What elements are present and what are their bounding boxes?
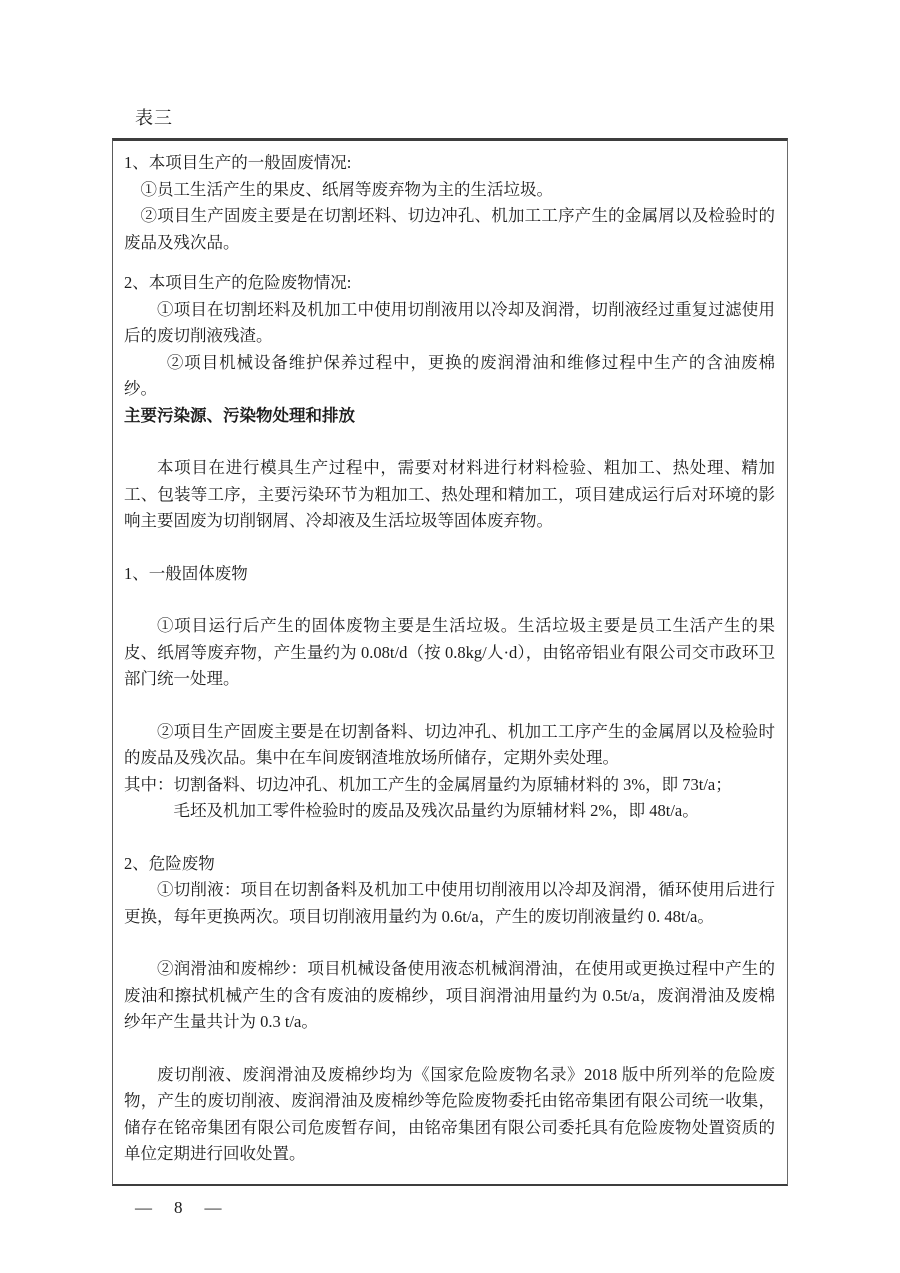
paragraph-lubricant-cotton: ②润滑油和废棉纱：项目机械设备使用液态机械润滑油，在使用或更换过程中产生的废油和…: [124, 956, 775, 1036]
page-footer: — 8 —: [135, 1198, 222, 1218]
paragraph-defective-detail: 毛坯及机加工零件检验时的废品及残次品量约为原辅材料 2%，即 48t/a。: [124, 798, 775, 825]
paragraph-cutting-fluid: ①切削液：项目在切割备料及机加工中使用切削液用以冷却及润滑，循环使用后进行更换，…: [124, 877, 775, 930]
section-heading-pollution: 主要污染源、污染物处理和排放: [124, 403, 775, 430]
document-page: 表三 1、本项目生产的一般固废情况: ①员工生活产生的果皮、纸屑等废弃物为主的生…: [0, 0, 900, 1273]
paragraph-production-waste: ②项目生产固废主要是在切割备料、切边冲孔、机加工工序产生的金属屑以及检验时的废品…: [124, 719, 775, 772]
paragraph-metal-scrap-detail: 其中：切割备料、切边冲孔、机加工产生的金属屑量约为原辅材料的 3%，即 73t/…: [124, 772, 775, 799]
paragraph-general-waste-item2: ②项目生产固废主要是在切割坯料、切边冲孔、机加工工序产生的金属屑以及检验时的废品…: [124, 203, 775, 256]
table-label: 表三: [135, 104, 173, 130]
paragraph-hazardous-title: 2、本项目生产的危险废物情况:: [124, 270, 775, 297]
document-table-cell: 1、本项目生产的一般固废情况: ①员工生活产生的果皮、纸屑等废弃物为主的生活垃圾…: [112, 138, 788, 1186]
page-number: 8: [174, 1198, 183, 1218]
paragraph-hazardous-item1: ①项目在切割坯料及机加工中使用切削液用以冷却及润滑，切削液经过重复过滤使用后的废…: [124, 297, 775, 350]
footer-right-dash: —: [205, 1198, 222, 1218]
paragraph-domestic-garbage: ①项目运行后产生的固体废物主要是生活垃圾。生活垃圾主要是员工生活产生的果皮、纸屑…: [124, 613, 775, 693]
paragraph-process-overview: 本项目在进行模具生产过程中，需要对材料进行材料检验、粗加工、热处理、精加工、包装…: [124, 455, 775, 535]
paragraph-general-waste-title: 1、本项目生产的一般固废情况:: [124, 150, 775, 177]
paragraph-disposal-entrust: 废切削液、废润滑油及废棉纱均为《国家危险废物名录》2018 版中所列举的危险废物…: [124, 1062, 775, 1168]
paragraph-general-waste-item1: ①员工生活产生的果皮、纸屑等废弃物为主的生活垃圾。: [124, 177, 775, 204]
paragraph-hazardous-item2: ②项目机械设备维护保养过程中，更换的废润滑油和维修过程中生产的含油废棉纱。: [124, 350, 775, 403]
paragraph-hazardous-heading: 2、危险废物: [124, 851, 775, 878]
paragraph-solid-waste-heading: 1、一般固体废物: [124, 561, 775, 588]
footer-left-dash: —: [135, 1198, 152, 1218]
